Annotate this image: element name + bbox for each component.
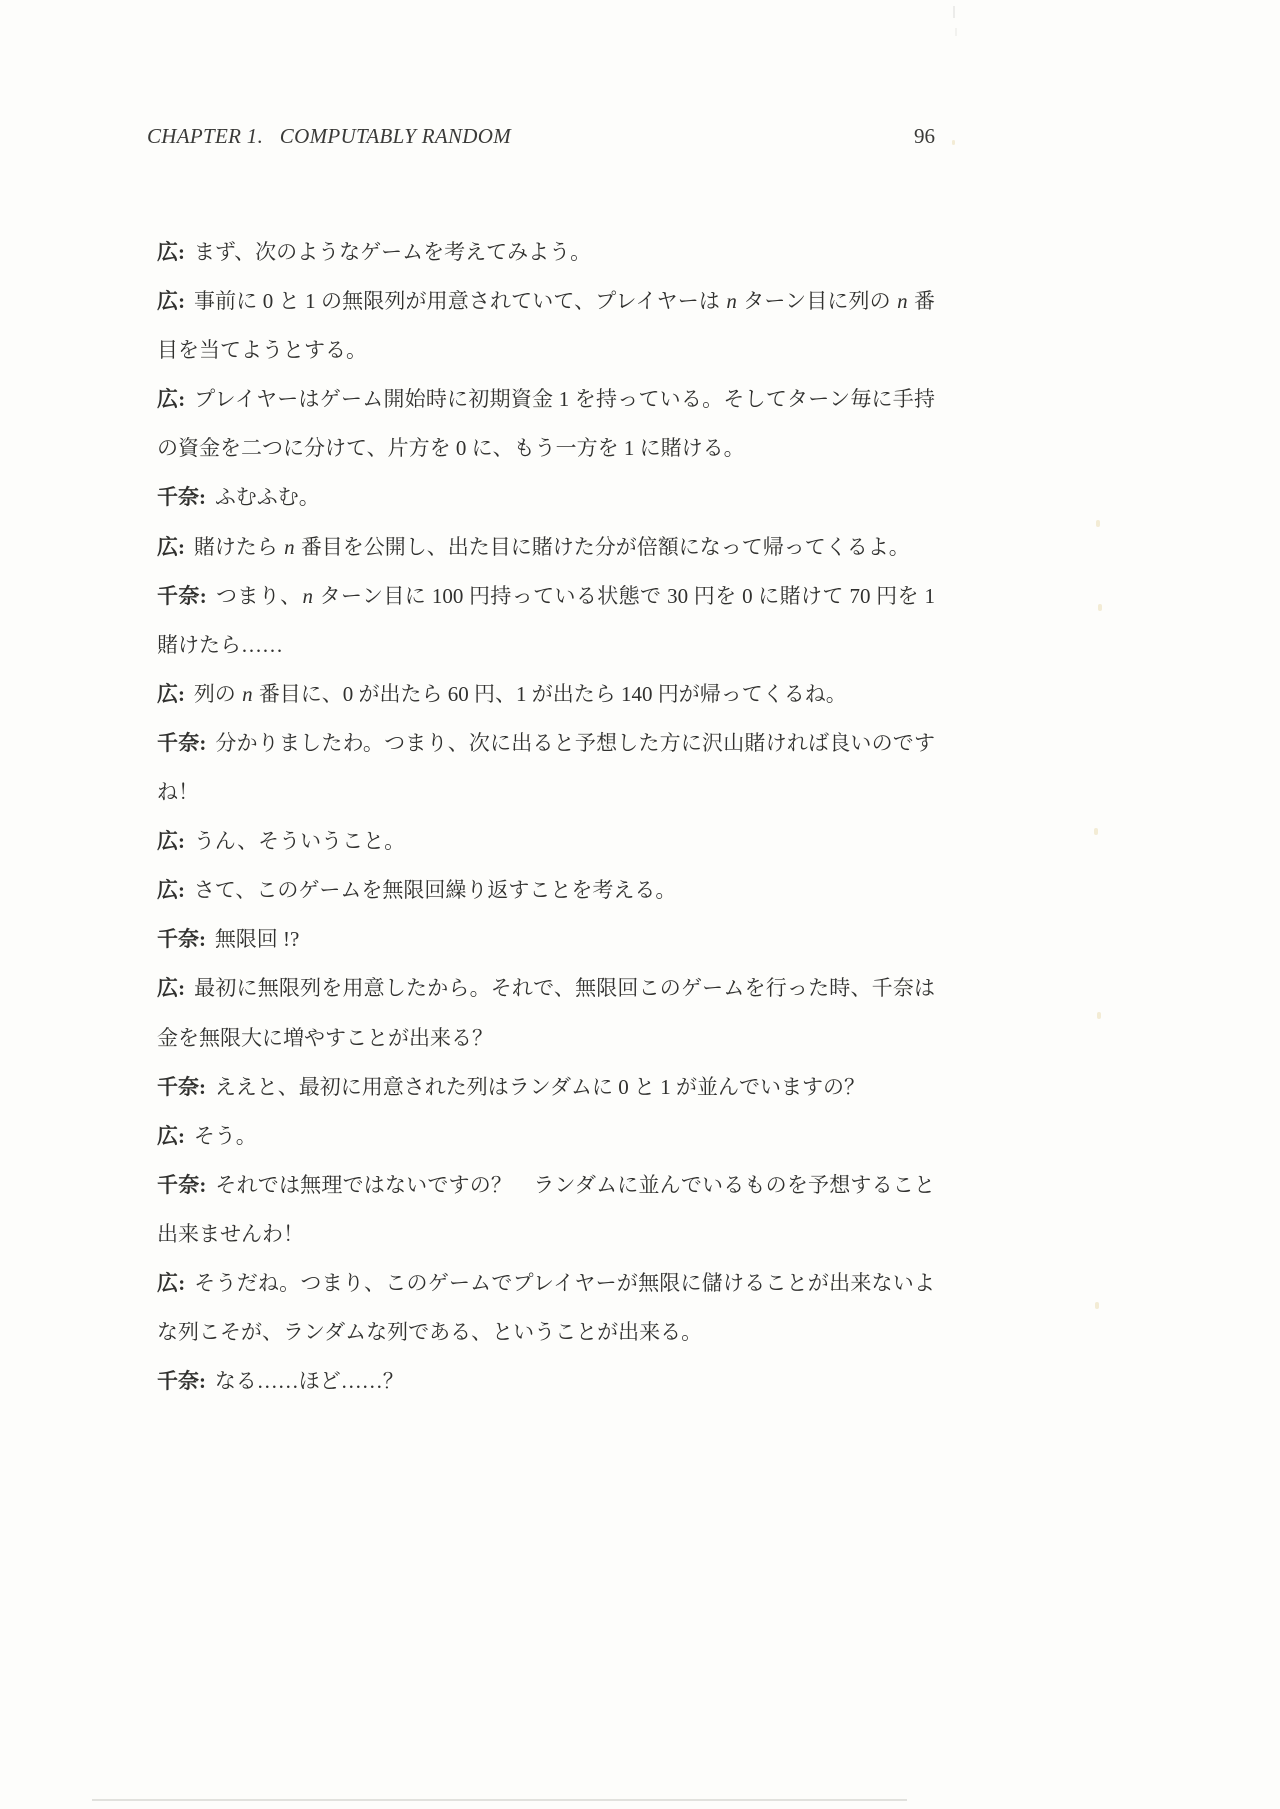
- dialogue-text: 事前に 0 と 1 の無限列が用意されていて、プレイヤーは: [194, 289, 725, 313]
- speaker-label: 千奈:: [157, 927, 206, 951]
- dialogue-text: 出来ませんわ！: [157, 1222, 304, 1246]
- page-number: 96: [914, 124, 935, 149]
- speaker-label: 広:: [157, 878, 185, 902]
- dialogue-line: ね！: [157, 768, 935, 817]
- dialogue-line: 千奈:ええと、最初に用意された列はランダムに 0 と 1 が並んでいますの？: [157, 1063, 935, 1112]
- dialogue-line: 千奈:なる……ほど……？: [157, 1357, 935, 1406]
- dialogue-text: 番: [909, 289, 935, 313]
- speaker-label: 広:: [157, 387, 185, 411]
- speaker-label: 千奈:: [157, 584, 207, 608]
- dialogue-line: 広:さて、このゲームを無限回繰り返すことを考える。: [157, 866, 935, 915]
- dialogue-line: 出来ませんわ！: [157, 1210, 935, 1259]
- dialogue-text: さて、このゲームを無限回繰り返すことを考える。: [194, 878, 677, 902]
- dialogue-line: 千奈:ふむふむ。: [157, 473, 935, 522]
- scan-artifact: [953, 6, 955, 18]
- dialogue-text: それでは無理ではないですの？ ランダムに並んでいるものを予想することは: [157, 1173, 935, 1210]
- scan-artifact: [1094, 828, 1098, 835]
- dialogue-line: 千奈:それでは無理ではないですの？ ランダムに並んでいるものを予想することは: [157, 1161, 935, 1210]
- dialogue-text: 金を無限大に増やすことが出来る？: [157, 1026, 493, 1050]
- speaker-label: 千奈:: [157, 1173, 206, 1197]
- dialogue-text: ふむふむ。: [215, 485, 320, 509]
- dialogue-text: 目を当てようとする。: [157, 338, 367, 362]
- speaker-label: 広:: [157, 240, 185, 264]
- dialogue-text: つまり、: [216, 584, 302, 608]
- speaker-label: 千奈:: [157, 1369, 206, 1393]
- dialogue-line: 千奈:つまり、n ターン目に 100 円持っている状態で 30 円を 0 に賭け…: [157, 572, 935, 621]
- speaker-label: 広:: [157, 829, 185, 853]
- dialogue-text: 最初に無限列を用意したから。それで、無限回このゲームを行った時、千奈は資: [157, 976, 935, 1013]
- dialogue-body: 広:まず、次のようなゲームを考えてみよう。広:事前に 0 と 1 の無限列が用意…: [157, 228, 935, 1406]
- dialogue-text: ね！: [157, 780, 199, 804]
- scan-artifact: [952, 140, 955, 145]
- math-variable: n: [283, 535, 296, 559]
- speaker-label: 千奈:: [157, 485, 206, 509]
- page-header: CHAPTER 1. COMPUTABLY RANDOM 96: [147, 124, 935, 152]
- math-variable: n: [241, 682, 254, 706]
- dialogue-line: 広:そう。: [157, 1112, 935, 1161]
- dialogue-text: 無限回 !?: [215, 927, 300, 951]
- speaker-label: 広:: [157, 1271, 185, 1295]
- dialogue-line: 広:賭けたら n 番目を公開し、出た目に賭けた分が倍額になって帰ってくるよ。: [157, 523, 935, 572]
- dialogue-line: の資金を二つに分けて、片方を 0 に、もう一方を 1 に賭ける。: [157, 424, 935, 473]
- dialogue-line: 広:まず、次のようなゲームを考えてみよう。: [157, 228, 935, 277]
- dialogue-line: 金を無限大に増やすことが出来る？: [157, 1014, 935, 1063]
- dialogue-text: 番目を公開し、出た目に賭けた分が倍額になって帰ってくるよ。: [296, 535, 910, 559]
- scan-artifact: [1096, 520, 1100, 527]
- dialogue-text: そうだね。つまり、このゲームでプレイヤーが無限に儲けることが出来ないよう: [157, 1271, 935, 1308]
- dialogue-line: 広:うん、そういうこと。: [157, 817, 935, 866]
- dialogue-text: ええと、最初に用意された列はランダムに 0 と 1 が並んでいますの？: [215, 1075, 865, 1099]
- dialogue-text: なる……ほど……？: [215, 1369, 404, 1393]
- math-variable: n: [896, 289, 909, 313]
- math-variable: n: [302, 584, 315, 608]
- dialogue-text: 列の: [194, 682, 241, 706]
- dialogue-text: 分かりましたわ。つまり、次に出ると予想した方に沢山賭ければ良いのです: [215, 731, 935, 755]
- speaker-label: 千奈:: [157, 1075, 206, 1099]
- speaker-label: 千奈:: [157, 731, 206, 755]
- dialogue-line: 千奈:無限回 !?: [157, 915, 935, 964]
- scan-edge-line: [92, 1799, 907, 1801]
- dialogue-line: 千奈:分かりましたわ。つまり、次に出ると予想した方に沢山賭ければ良いのです: [157, 719, 935, 768]
- scan-artifact: [1097, 1012, 1101, 1019]
- dialogue-text: ターン目に列の: [738, 289, 896, 313]
- dialogue-text: まず、次のようなゲームを考えてみよう。: [194, 240, 591, 264]
- dialogue-text: うん、そういうこと。: [194, 829, 405, 853]
- scan-artifact: [955, 28, 957, 36]
- dialogue-line: 広:最初に無限列を用意したから。それで、無限回このゲームを行った時、千奈は資: [157, 964, 935, 1013]
- dialogue-line: 広:事前に 0 と 1 の無限列が用意されていて、プレイヤーは n ターン目に列…: [157, 277, 935, 326]
- chapter-running-title: CHAPTER 1. COMPUTABLY RANDOM: [147, 124, 511, 149]
- dialogue-line: 広:プレイヤーはゲーム開始時に初期資金 1 を持っている。そしてターン毎に手持ち: [157, 375, 935, 424]
- speaker-label: 広:: [157, 289, 185, 313]
- math-variable: n: [725, 289, 738, 313]
- dialogue-text: 賭けたら……: [157, 633, 283, 657]
- dialogue-text: の資金を二つに分けて、片方を 0 に、もう一方を 1 に賭ける。: [157, 436, 745, 460]
- dialogue-text: そう。: [194, 1124, 257, 1148]
- speaker-label: 広:: [157, 682, 185, 706]
- dialogue-text: プレイヤーはゲーム開始時に初期資金 1 を持っている。そしてターン毎に手持ち: [157, 387, 935, 424]
- dialogue-text: な列こそが、ランダムな列である、ということが出来る。: [157, 1320, 702, 1344]
- speaker-label: 広:: [157, 1124, 185, 1148]
- dialogue-line: 賭けたら……: [157, 621, 935, 670]
- speaker-label: 広:: [157, 535, 185, 559]
- dialogue-line: 広:列の n 番目に、0 が出たら 60 円、1 が出たら 140 円が帰ってく…: [157, 670, 935, 719]
- dialogue-line: 広:そうだね。つまり、このゲームでプレイヤーが無限に儲けることが出来ないよう: [157, 1259, 935, 1308]
- speaker-label: 広:: [157, 976, 185, 1000]
- document-page: CHAPTER 1. COMPUTABLY RANDOM 96 広:まず、次のよ…: [0, 0, 1280, 1809]
- scan-artifact: [1095, 1302, 1099, 1309]
- dialogue-text: 番目に、0 が出たら 60 円、1 が出たら 140 円が帰ってくるね。: [254, 682, 847, 706]
- dialogue-line: 目を当てようとする。: [157, 326, 935, 375]
- dialogue-line: な列こそが、ランダムな列である、ということが出来る。: [157, 1308, 935, 1357]
- scan-artifact: [1098, 604, 1102, 611]
- dialogue-text: 賭けたら: [194, 535, 283, 559]
